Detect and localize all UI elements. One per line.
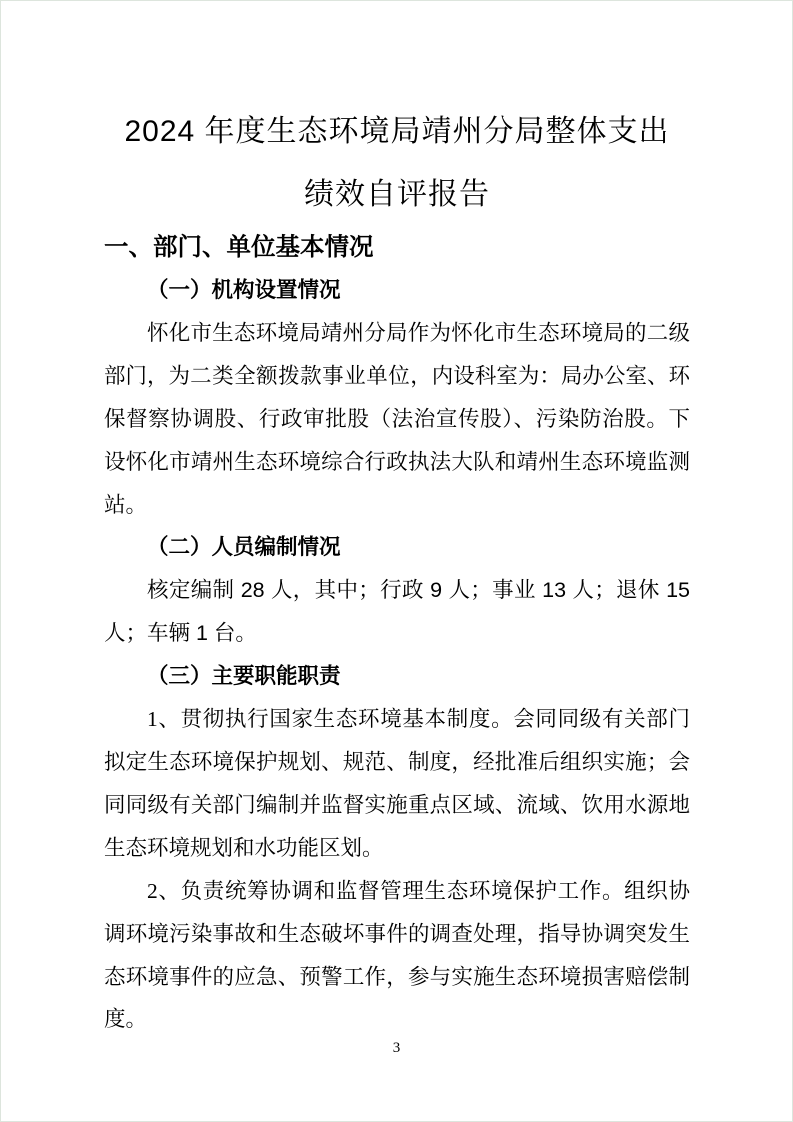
paragraph-duty-2-number: 2、	[147, 879, 181, 903]
paragraph-duty-2-text: 负责统筹协调和监督管理生态环境保护工作。组织协调环境污染事故和生态破坏事件的调查…	[104, 879, 690, 1032]
subsection-heading-org-setup: （一）机构设置情况	[104, 269, 690, 312]
paragraph-duty-1-number: 1、	[147, 707, 181, 731]
paragraph-duty-2: 2、负责统筹协调和监督管理生态环境保护工作。组织协调环境污染事故和生态破坏事件的…	[104, 870, 690, 1042]
paragraph-duty-1: 1、贯彻执行国家生态环境基本制度。会同同级有关部门拟定生态环境保护规划、规范、制…	[104, 698, 690, 870]
subsection-heading-duties: （三）主要职能职责	[104, 655, 690, 698]
subsection-heading-staffing: （二）人员编制情况	[104, 526, 690, 569]
document-title-line1: 2024 年度生态环境局靖州分局整体支出	[104, 100, 690, 163]
paragraph-org-setup: 怀化市生态环境局靖州分局作为怀化市生态环境局的二级部门，为二类全额拨款事业单位，…	[104, 312, 690, 527]
document-title-line2: 绩效自评报告	[104, 163, 690, 226]
paragraph-org-setup-seg2-unit-type: 二类全额拨款事业单位	[190, 364, 410, 388]
section-heading-basic-info: 一、部门、单位基本情况	[104, 226, 690, 269]
paragraph-duty-1-text: 贯彻执行国家生态环境基本制度。会同同级有关部门拟定生态环境保护规划、规范、制度，…	[104, 707, 690, 860]
document-content: 2024 年度生态环境局靖州分局整体支出 绩效自评报告 一、部门、单位基本情况 …	[1, 1, 792, 1041]
page-number: 3	[1, 1038, 792, 1058]
paragraph-staffing: 核定编制 28 人，其中；行政 9 人；事业 13 人；退休 15 人；车辆 1…	[104, 569, 690, 655]
document-page: 2024 年度生态环境局靖州分局整体支出 绩效自评报告 一、部门、单位基本情况 …	[0, 0, 793, 1122]
